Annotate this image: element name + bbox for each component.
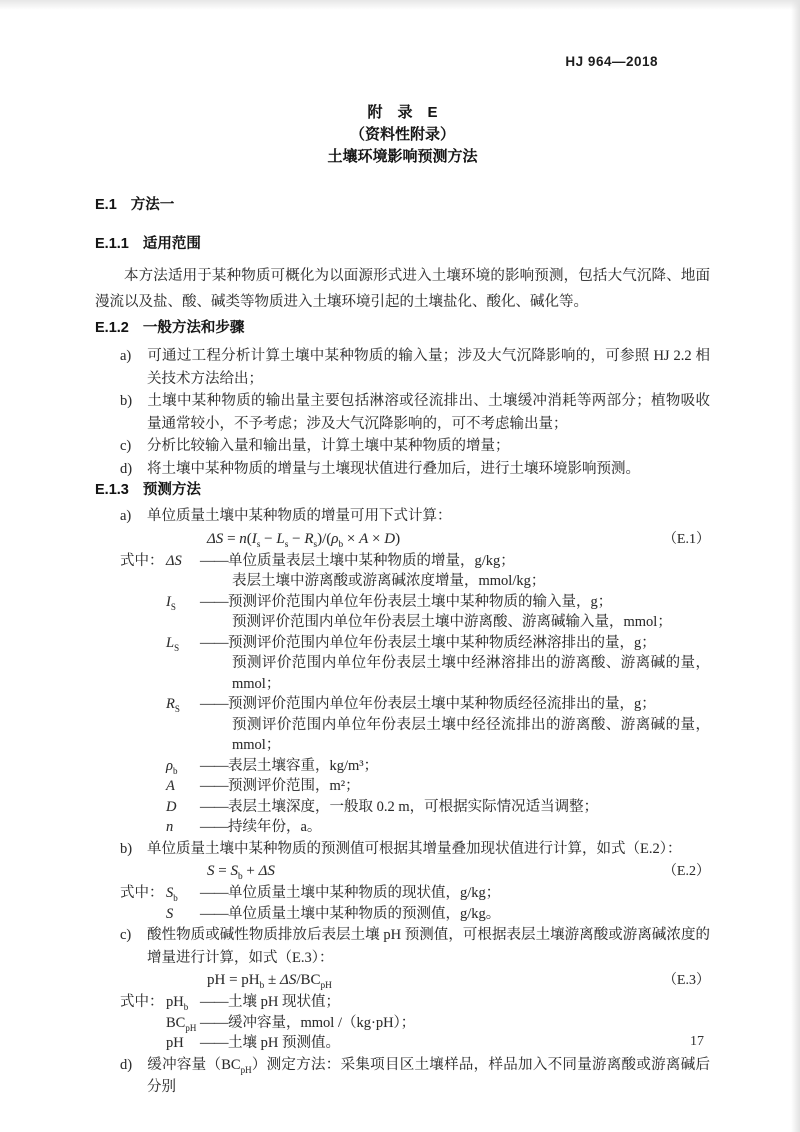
item-text: 酸性物质或碱性物质排放后表层土壤 pH 预测值，可根据表层土壤游离酸或游离碱浓度… <box>147 927 710 966</box>
dash-separator: —— <box>200 797 228 818</box>
item-text: 分析比较输入量和输出量，计算土壤中某种物质的增量； <box>147 438 510 454</box>
equation-number: （E.2） <box>663 861 710 883</box>
scope-paragraph: 本方法适用于某种物质可概化为以面源形式进入土壤环境的影响预测，包括大气沉降、地面… <box>95 263 710 315</box>
page-number: 17 <box>690 1034 704 1050</box>
symbol-definition-cont: 预测评价范围内单位年份表层土壤中经淋溶排出的游离酸、游离碱的量，mmol； <box>120 653 710 694</box>
symbol: A <box>166 776 200 797</box>
symbol-definition-cont: 预测评价范围内单位年份表层土壤中游离酸、游离碱输入量，mmol； <box>120 612 710 633</box>
section-number: E.1 <box>95 197 117 213</box>
where-row: 式中： ΔS —— 单位质量表层土壤中某种物质的增量，g/kg； <box>95 551 710 572</box>
symbol-definition: 单位质量土壤中某种物质的预测值，g/kg。 <box>228 904 710 925</box>
where-row: RS —— 预测评价范围内单位年份表层土壤中某种物质经径流排出的量，g； <box>95 694 710 715</box>
symbol: RS <box>166 694 200 715</box>
where-row: S —— 单位质量土壤中某种物质的预测值，g/kg。 <box>95 904 710 925</box>
symbol-definition: 预测评价范围内单位年份表层土壤中某种物质的输入量，g； <box>228 592 710 613</box>
symbol: BCpH <box>166 1013 200 1034</box>
symbol: S <box>166 904 200 925</box>
where-row: A —— 预测评价范围，m²； <box>95 776 710 797</box>
list-item: c)分析比较输入量和输出量，计算土壤中某种物质的增量； <box>120 435 710 458</box>
list-item: d)将土壤中某种物质的增量与土壤现状值进行叠加后，进行土壤环境影响预测。 <box>120 458 710 481</box>
where-row: 式中： Sb —— 单位质量土壤中某种物质的现状值，g/kg； <box>95 883 710 904</box>
symbol-definition: 缓冲容量，mmol /（kg·pH）； <box>228 1013 710 1034</box>
symbol-definition: 表层土壤深度，一般取 0.2 m，可根据实际情况适当调整； <box>228 797 710 818</box>
equation-e3: pH = pHb ± ΔS/BCpH （E.3） <box>95 969 710 992</box>
equation-e1: ΔS = n(Is − Ls − Rs)/(ρb × A × D) （E.1） <box>95 528 710 551</box>
section-title: 预测方法 <box>143 482 201 498</box>
symbol-definition: 单位质量土壤中某种物质的现状值，g/kg； <box>228 883 710 904</box>
symbol-definition-cont: 预测评价范围内单位年份表层土壤中经径流排出的游离酸、游离碱的量，mmol； <box>120 715 710 756</box>
item-label: a) <box>120 505 147 528</box>
section-e12-heading: E.1.2一般方法和步骤 <box>95 318 710 338</box>
steps-list: a)可通过工程分析计算土壤中某种物质的输入量；涉及大气沉降影响的，可参照 HJ … <box>95 345 710 480</box>
dash-separator: —— <box>200 633 228 654</box>
where-row: IS —— 预测评价范围内单位年份表层土壤中某种物质的输入量，g； <box>95 592 710 613</box>
item-text: 单位质量土壤中某种物质的预测值可根据其增量叠加现状值进行计算，如式（E.2）： <box>147 841 681 857</box>
dash-separator: —— <box>200 1033 228 1054</box>
symbol-definition: 土壤 pH 现状值； <box>228 992 710 1013</box>
dash-separator: —— <box>200 551 228 572</box>
list-item: c)酸性物质或碱性物质排放后表层土壤 pH 预测值，可根据表层土壤游离酸或游离碱… <box>120 924 710 969</box>
section-number: E.1.2 <box>95 320 129 336</box>
where-row: LS —— 预测评价范围内单位年份表层土壤中某种物质经淋溶排出的量，g； <box>95 633 710 654</box>
equation-number: （E.1） <box>663 529 710 551</box>
where-label: 式中： <box>120 883 166 904</box>
dash-separator: —— <box>200 694 228 715</box>
equation-e1-where-list: 式中： ΔS —— 单位质量表层土壤中某种物质的增量，g/kg； 表层土壤中游离… <box>95 551 710 838</box>
symbol: IS <box>166 592 200 613</box>
dash-separator: —— <box>200 992 228 1013</box>
item-label: c) <box>120 924 147 947</box>
section-title: 一般方法和步骤 <box>143 320 245 336</box>
appendix-heading: 土壤环境影响预测方法 <box>95 146 710 168</box>
dash-separator: —— <box>200 776 228 797</box>
symbol: pHb <box>166 992 200 1013</box>
document-page: HJ 964—2018 附 录 E （资料性附录） 土壤环境影响预测方法 E.1… <box>0 0 800 1132</box>
item-text: 土壤中某种物质的输出量主要包括淋溶或径流排出、土壤缓冲消耗等两部分；植物吸收量通… <box>147 393 710 432</box>
symbol-definition: 表层土壤容重，kg/m³； <box>228 756 710 777</box>
standard-code: HJ 964—2018 <box>565 54 658 69</box>
symbol: ρb <box>166 756 200 777</box>
where-label: 式中： <box>120 992 166 1013</box>
where-row: pH —— 土壤 pH 预测值。 <box>95 1033 710 1054</box>
symbol: D <box>166 797 200 818</box>
equation-e2: S = Sb + ΔS （E.2） <box>95 860 710 883</box>
symbol: LS <box>166 633 200 654</box>
section-title: 方法一 <box>131 197 175 213</box>
symbol: Sb <box>166 883 200 904</box>
section-e1-heading: E.1方法一 <box>95 195 710 215</box>
symbol-definition: 预测评价范围，m²； <box>228 776 710 797</box>
list-item: b)土壤中某种物质的输出量主要包括淋溶或径流排出、土壤缓冲消耗等两部分；植物吸收… <box>120 390 710 435</box>
item-label: d) <box>120 458 147 481</box>
equation-number: （E.3） <box>663 970 710 992</box>
dash-separator: —— <box>200 817 228 838</box>
section-e13-heading: E.1.3预测方法 <box>95 480 710 500</box>
symbol: pH <box>166 1033 200 1054</box>
item-text: 可通过工程分析计算土壤中某种物质的输入量；涉及大气沉降影响的，可参照 HJ 2.… <box>147 348 710 387</box>
list-item: b)单位质量土壤中某种物质的预测值可根据其增量叠加现状值进行计算，如式（E.2）… <box>120 838 710 861</box>
symbol-definition: 预测评价范围内单位年份表层土壤中某种物质经淋溶排出的量，g； <box>228 633 710 654</box>
appendix-subtitle: （资料性附录） <box>95 124 710 146</box>
equation-e2-where-list: 式中： Sb —— 单位质量土壤中某种物质的现状值，g/kg； S —— 单位质… <box>95 883 710 924</box>
item-label: a) <box>120 345 147 368</box>
list-item: a)单位质量土壤中某种物质的增量可用下式计算： <box>120 505 710 528</box>
where-row: n —— 持续年份，a。 <box>95 817 710 838</box>
section-number: E.1.1 <box>95 236 129 252</box>
symbol-definition: 持续年份，a。 <box>228 817 710 838</box>
where-row: 式中： pHb —— 土壤 pH 现状值； <box>95 992 710 1013</box>
equation-formula: pH = pHb ± ΔS/BCpH <box>207 969 332 991</box>
equation-formula: ΔS = n(Is − Ls − Rs)/(ρb × A × D) <box>207 528 400 550</box>
item-text: 缓冲容量（BCpH）测定方法：采集项目区土壤样品，样品加入不同量游离酸或游离碱后… <box>147 1057 710 1096</box>
symbol-definition: 土壤 pH 预测值。 <box>228 1033 710 1054</box>
section-title: 适用范围 <box>143 236 201 252</box>
page-content: 附 录 E （资料性附录） 土壤环境影响预测方法 E.1方法一 E.1.1适用范… <box>95 102 710 1099</box>
dash-separator: —— <box>200 1013 228 1034</box>
list-item: d)缓冲容量（BCpH）测定方法：采集项目区土壤样品，样品加入不同量游离酸或游离… <box>120 1054 710 1099</box>
where-row: BCpH —— 缓冲容量，mmol /（kg·pH）； <box>95 1013 710 1034</box>
equation-formula: S = Sb + ΔS <box>207 860 275 882</box>
dash-separator: —— <box>200 756 228 777</box>
where-label: 式中： <box>120 551 166 572</box>
item-label: b) <box>120 838 147 861</box>
item-label: d) <box>120 1054 147 1077</box>
section-e11-heading: E.1.1适用范围 <box>95 234 710 254</box>
list-item: a)可通过工程分析计算土壤中某种物质的输入量；涉及大气沉降影响的，可参照 HJ … <box>120 345 710 390</box>
symbol: ΔS <box>166 551 200 572</box>
symbol-definition: 单位质量表层土壤中某种物质的增量，g/kg； <box>228 551 710 572</box>
appendix-title-block: 附 录 E （资料性附录） 土壤环境影响预测方法 <box>95 102 710 168</box>
where-row: ρb —— 表层土壤容重，kg/m³； <box>95 756 710 777</box>
item-label: b) <box>120 390 147 413</box>
symbol-definition: 预测评价范围内单位年份表层土壤中某种物质经径流排出的量，g； <box>228 694 710 715</box>
dash-separator: —— <box>200 883 228 904</box>
where-row: D —— 表层土壤深度，一般取 0.2 m，可根据实际情况适当调整； <box>95 797 710 818</box>
equation-e3-where-list: 式中： pHb —— 土壤 pH 现状值； BCpH —— 缓冲容量，mmol … <box>95 992 710 1054</box>
symbol-definition-cont: 表层土壤中游离酸或游离碱浓度增量，mmol/kg； <box>120 571 710 592</box>
section-number: E.1.3 <box>95 482 129 498</box>
dash-separator: —— <box>200 904 228 925</box>
item-label: c) <box>120 435 147 458</box>
dash-separator: —— <box>200 592 228 613</box>
item-text: 单位质量土壤中某种物质的增量可用下式计算： <box>147 508 452 524</box>
item-text: 将土壤中某种物质的增量与土壤现状值进行叠加后，进行土壤环境影响预测。 <box>147 461 640 477</box>
symbol: n <box>166 817 200 838</box>
appendix-title: 附 录 E <box>95 102 710 124</box>
